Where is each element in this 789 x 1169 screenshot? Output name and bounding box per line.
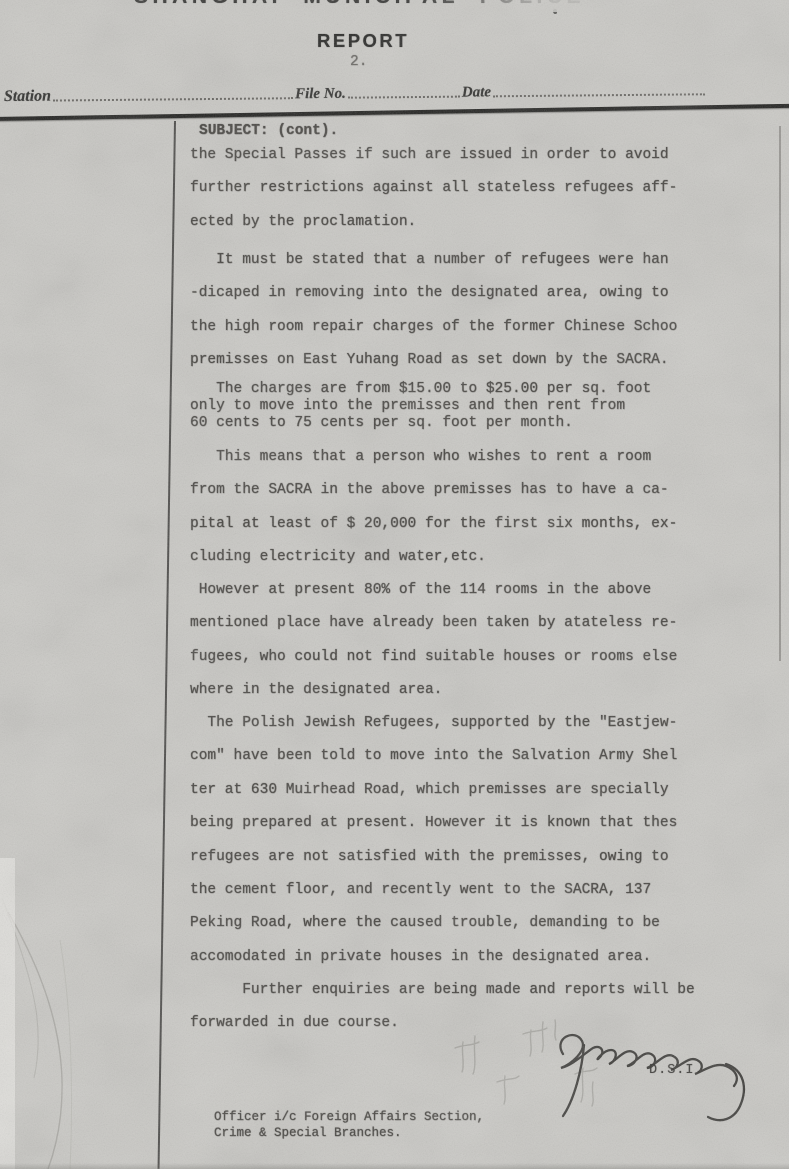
body-paragraph: The Polish Jewish Refugees, supported by… xyxy=(190,707,789,974)
body-line: being prepared at present. However it is… xyxy=(190,807,789,840)
pencil-annotations xyxy=(455,1020,597,1106)
body-line: This means that a person who wishes to r… xyxy=(190,441,789,474)
body-line: mentioned place have already been taken … xyxy=(190,607,789,640)
body-line: Peking Road, where the caused trouble, d… xyxy=(190,907,789,940)
signature-script xyxy=(435,1012,775,1132)
body-line: only to move into the premisses and then… xyxy=(190,398,789,415)
body-line: where in the designated area. xyxy=(190,674,789,707)
body-line: cluding electricity and water,etc. xyxy=(190,541,789,574)
body-line: the Special Passes if such are issued in… xyxy=(190,139,789,172)
body-line: the high room repair charges of the form… xyxy=(190,311,789,344)
body-paragraph: the Special Passes if such are issued in… xyxy=(190,139,789,239)
body-line: 60 cents to 75 cents per sq. foot per mo… xyxy=(190,415,789,432)
body-line: The charges are from $15.00 to $25.00 pe… xyxy=(190,381,789,398)
body-line: -dicaped in removing into the designated… xyxy=(190,277,789,310)
body-line: The Polish Jewish Refugees, supported by… xyxy=(190,707,789,740)
body-line: accomodated in private houses in the des… xyxy=(190,941,789,974)
body-line: It must be stated that a number of refug… xyxy=(190,244,789,277)
body-line: ected by the proclamation. xyxy=(190,206,789,239)
body-line: Further enquiries are being made and rep… xyxy=(190,974,789,1007)
body-line: fugees, who could not find suitable hous… xyxy=(190,641,789,674)
body-paragraph: However at present 80% of the 114 rooms … xyxy=(190,574,789,708)
body-line: further restrictions against all statele… xyxy=(190,172,789,205)
masthead-fade-overlay xyxy=(420,0,664,12)
body-line: com" have been told to move into the Sal… xyxy=(190,740,789,773)
body-line: refugees are not satisfied with the prem… xyxy=(190,841,789,874)
document-page: SHANGHAI MUNICIPAL POLICE REPORT 2. Stat… xyxy=(0,0,789,1169)
body-block: the Special Passes if such are issued in… xyxy=(0,0,789,1169)
body-paragraph: The charges are from $15.00 to $25.00 pe… xyxy=(190,381,789,432)
body-line: pital at least of $ 20,000 for the first… xyxy=(190,508,789,541)
body-line: the cement floor, and recently went to t… xyxy=(190,874,789,907)
body-line: from the SACRA in the above premisses ha… xyxy=(190,474,789,507)
body-line: ter at 630 Muirhead Road, which premisse… xyxy=(190,774,789,807)
body-line: However at present 80% of the 114 rooms … xyxy=(190,574,789,607)
body-paragraph: It must be stated that a number of refug… xyxy=(190,244,789,378)
signature-ink xyxy=(560,1035,743,1120)
body-line: premisses on East Yuhang Road as set dow… xyxy=(190,344,789,377)
body-paragraph: This means that a person who wishes to r… xyxy=(190,441,789,575)
scan-bottom-shade xyxy=(0,1163,789,1169)
